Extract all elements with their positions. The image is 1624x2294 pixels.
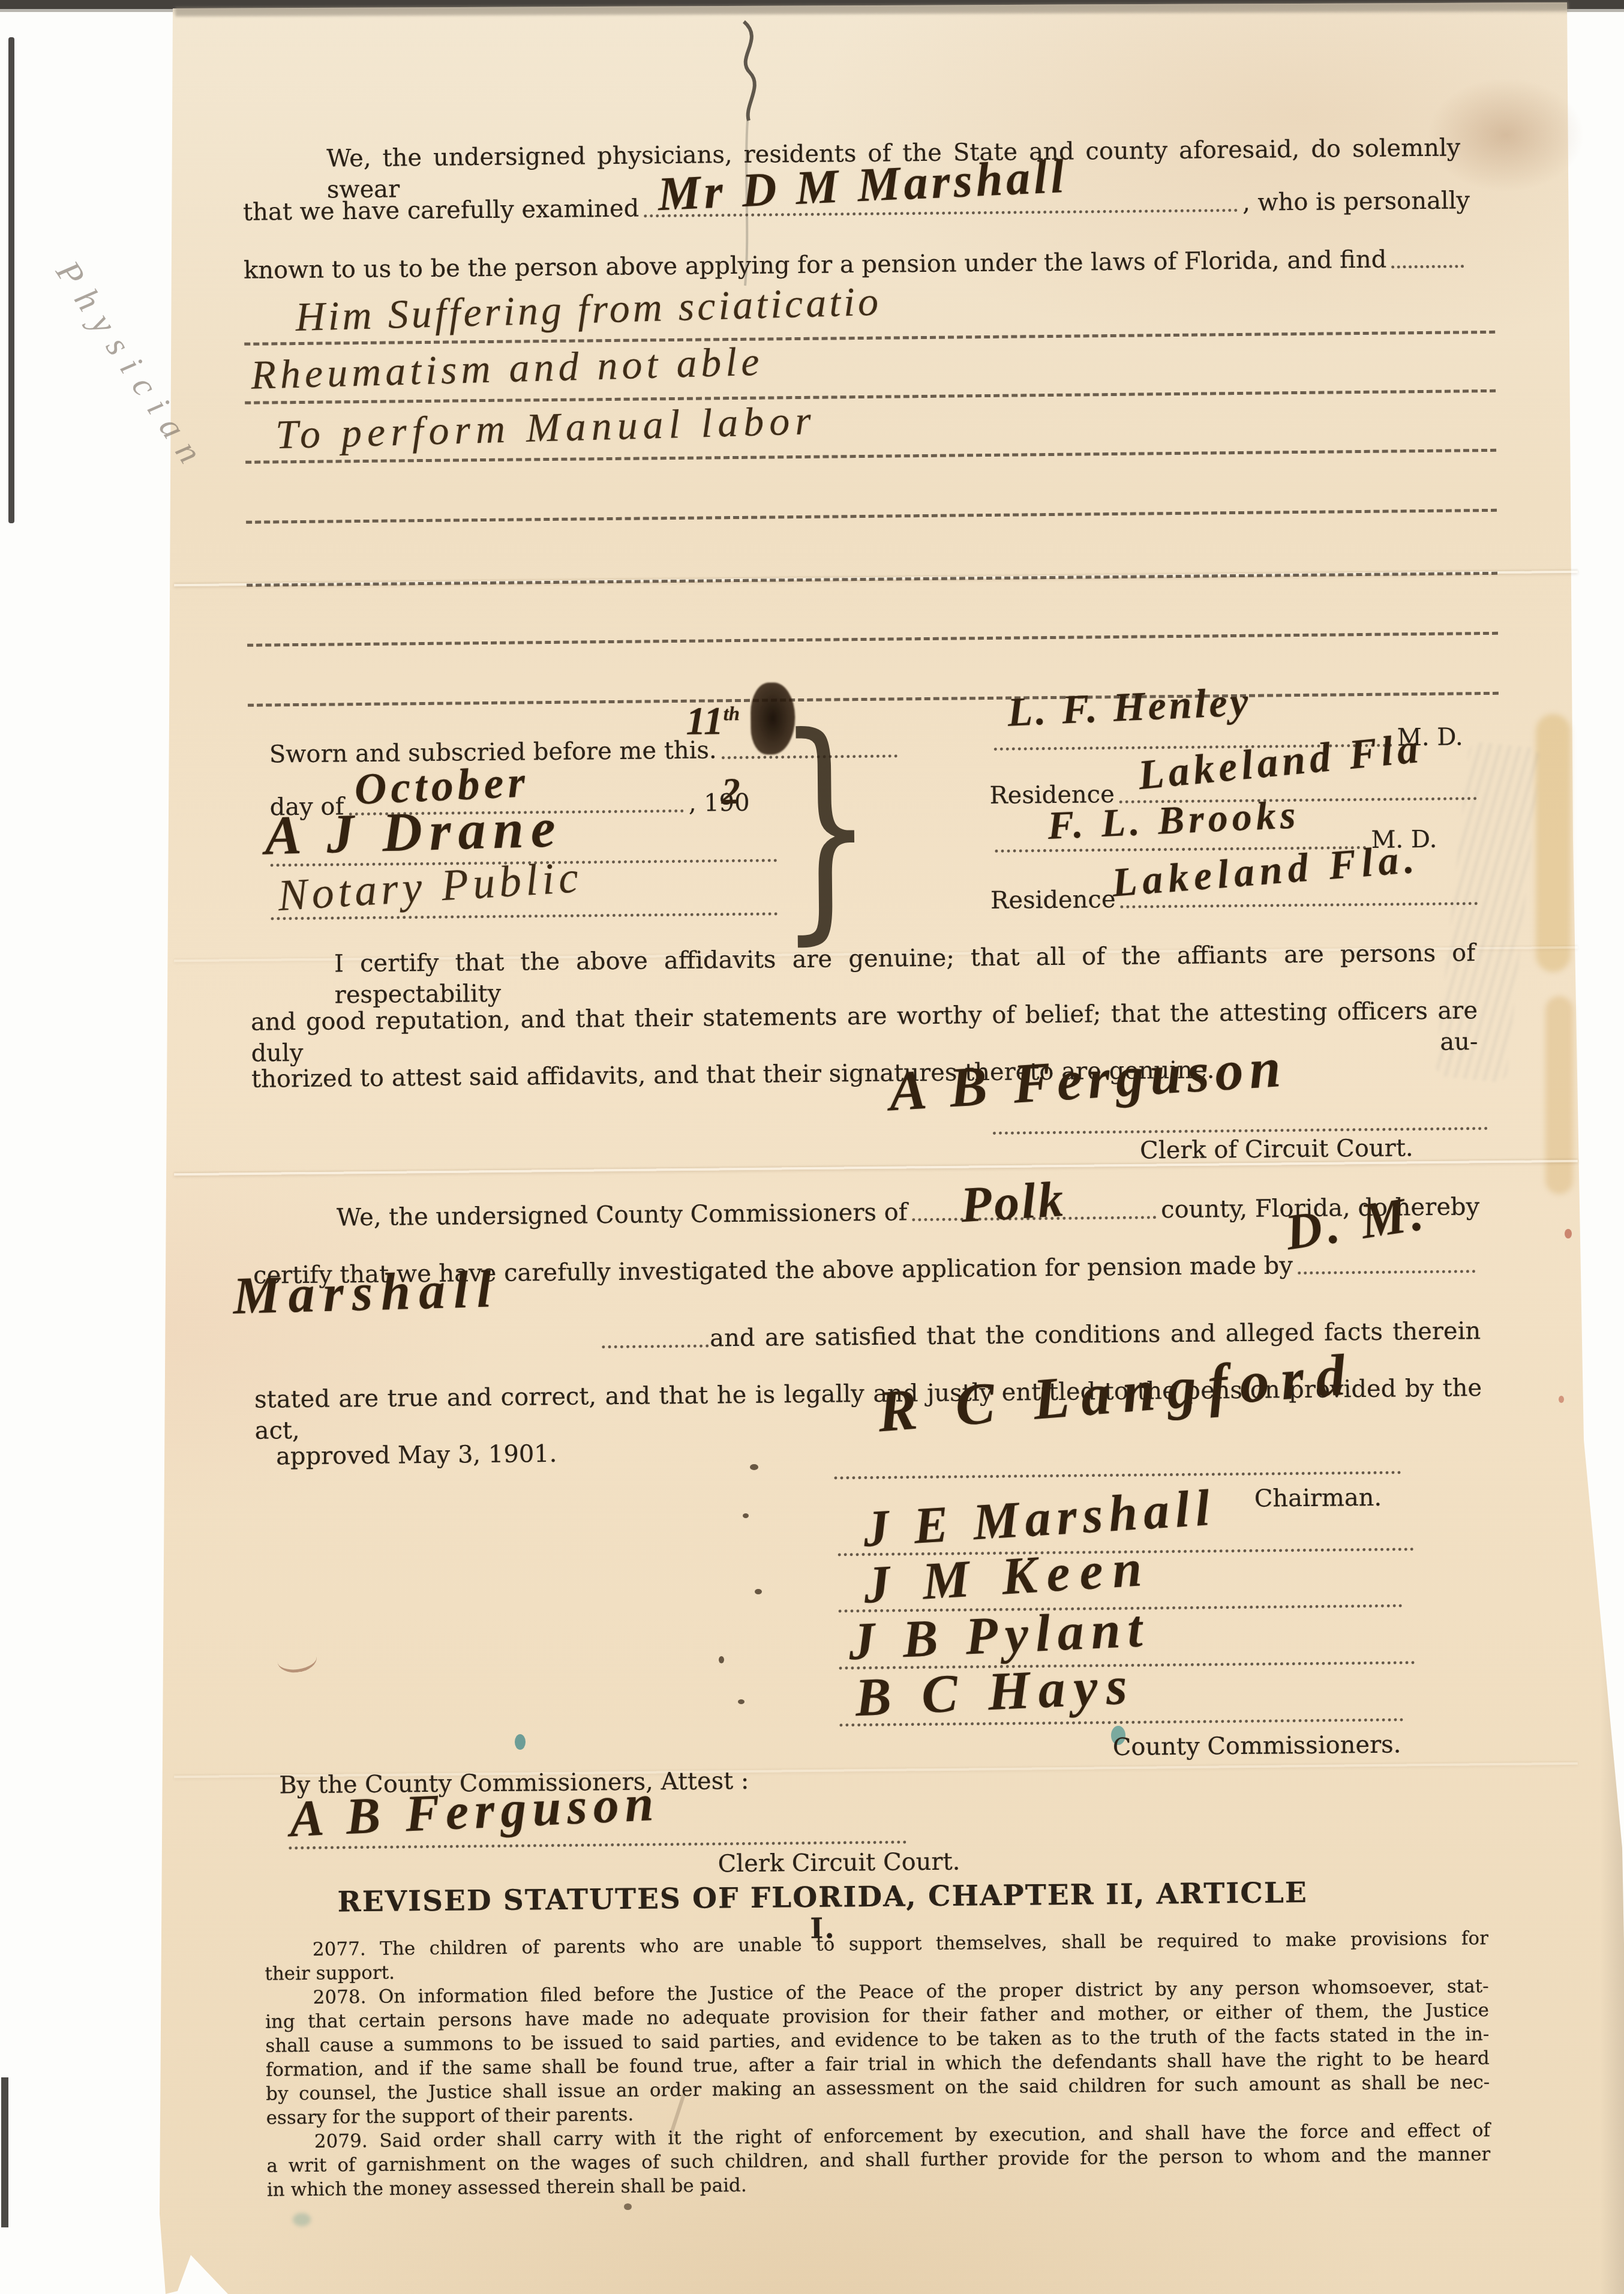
day-number: 11 (686, 699, 724, 743)
margin-note-physician: Physician (48, 253, 217, 480)
attest-title: Clerk Circuit Court. (718, 1846, 960, 1880)
ruled-line-7-empty (248, 692, 1499, 707)
finding-line-3: To perform Manual labor (275, 397, 816, 458)
residence-label: Residence (990, 884, 1116, 916)
dotted-leader (1298, 1270, 1475, 1275)
surname-dots (602, 1345, 709, 1349)
ruled-line-4-empty (246, 509, 1497, 524)
handwritten-county: Polk (959, 1170, 1067, 1235)
commissioners-cert-line5: approved May 3, 1901. (276, 1438, 557, 1472)
affidavit-line2-pre: that we have carefully examined (243, 193, 640, 228)
chairman-rule (834, 1471, 1401, 1479)
commissioner-signature-4: B C Hays (854, 1654, 1136, 1729)
finding-line-1: Him Suffering from sciaticatio (295, 278, 881, 341)
scanner-left-edge-line-bottom (1, 2077, 8, 2227)
handwritten-day: 11th (686, 698, 740, 745)
handwritten-year-digit: 2 (721, 770, 740, 813)
dotted-leader (1391, 265, 1464, 268)
handwritten-applicant-surname: Marshall (232, 1259, 500, 1327)
affidavit-line2-post: , who is personally (1242, 185, 1470, 218)
day-suffix: th (723, 703, 740, 725)
county-commissioners-label: County Commissioners. (1113, 1729, 1401, 1763)
document-content: Physician We, the undersigned physicians… (0, 0, 1624, 2294)
finding-line-2: Rheumatism and not able (250, 338, 764, 399)
year-printed: , 190 (689, 787, 750, 819)
scanned-pension-document: Physician We, the undersigned physicians… (0, 0, 1624, 2294)
clerk-title: Clerk of Circuit Court. (1140, 1132, 1413, 1166)
ruled-line-5-empty (247, 572, 1497, 587)
commissioners-cert-line1-pre: We, the undersigned County Commissioners… (337, 1197, 908, 1233)
ruled-line-6-empty (247, 632, 1498, 647)
chairman-title: Chairman. (1254, 1482, 1382, 1515)
dotted-leader (1121, 902, 1478, 908)
